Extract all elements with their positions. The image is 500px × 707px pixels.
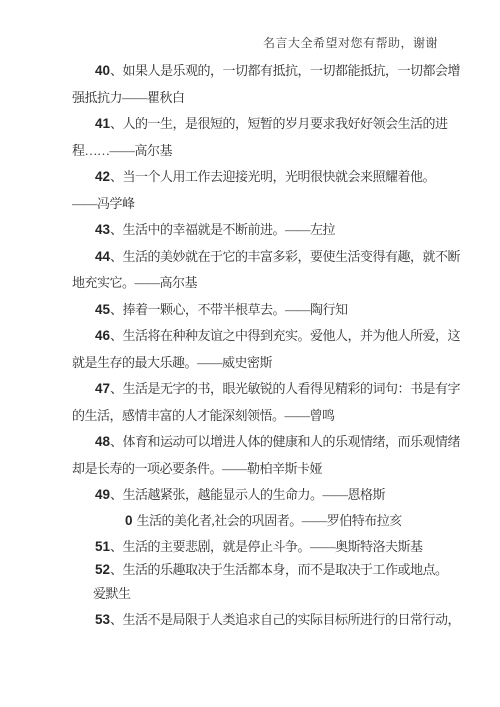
quote-line-44-continuation: 地充实它。——高尔基 xyxy=(72,270,500,297)
quote-line-47-continuation: 的生活，感情丰富的人才能深刻领悟。——曾鸣 xyxy=(72,403,500,430)
quote-line-43: 43、生活中的幸福就是不断前进。——左拉 xyxy=(95,217,500,244)
quote-line-42: 42、当一个人用工作去迎接光明，光明很快就会来照耀着他。 xyxy=(95,164,500,191)
quote-number: 44 xyxy=(95,249,110,264)
quote-line-46-continuation: 就是生存的最大乐趣。——威史密斯 xyxy=(72,350,500,377)
quote-text: 生活的美化者,社会的巩固者。——罗伯特布拉亥 xyxy=(137,513,402,528)
quote-line-44: 44、生活的美妙就在于它的丰富多彩，要使生活变得有趣，就不断 xyxy=(95,244,500,271)
quote-text: 程……——高尔基 xyxy=(72,143,172,158)
quote-text: 、体育和运动可以增进人体的健康和人的乐观情绪，而乐观情绪 xyxy=(110,434,460,449)
quote-text: ——冯学峰 xyxy=(72,196,135,211)
quote-text: 、生活的乐趣取决于生活都本身，而不是取决于工作或地点。 xyxy=(110,562,448,577)
quote-line-48-continuation: 却是长寿的一项必要条件。——勒柏辛斯卡娅 xyxy=(72,456,500,483)
quote-text: 、生活不是局限于人类追求自己的实际目标所进行的日常行动， xyxy=(110,612,460,627)
quote-text: 的生活，感情丰富的人才能深刻领悟。——曾鸣 xyxy=(72,408,335,423)
quote-text: 就是生存的最大乐趣。——威史密斯 xyxy=(72,355,272,370)
quote-number: 46 xyxy=(95,328,110,343)
quote-text: 、人的一生，是很短的，短暂的岁月要求我好好领会生活的进 xyxy=(110,116,448,131)
quote-number: 45 xyxy=(95,302,110,317)
quote-line-51: 51、生活的主要悲剧，就是停止斗争。——奥斯特洛夫斯基 xyxy=(95,534,500,560)
quote-number: 40 xyxy=(95,63,110,78)
quote-text: 、生活的美妙就在于它的丰富多彩，要使生活变得有趣，就不断 xyxy=(110,249,460,264)
quote-line-40: 40、如果人是乐观的，一切都有抵抗，一切都能抵抗，一切都会增 xyxy=(95,58,500,85)
quote-number: 41 xyxy=(95,116,110,131)
quote-number: 42 xyxy=(95,169,110,184)
quote-text: 地充实它。——高尔基 xyxy=(72,275,197,290)
quote-text: 却是长寿的一项必要条件。——勒柏辛斯卡娅 xyxy=(72,461,322,476)
page-header-note: 名言大全希望对您有帮助，谢谢 xyxy=(263,28,500,58)
quote-number: 43 xyxy=(95,222,110,237)
quote-text: 、当一个人用工作去迎接光明，光明很快就会来照耀着他。 xyxy=(110,169,435,184)
quote-text: 、捧着一颗心，不带半根草去。——陶行知 xyxy=(110,302,348,317)
quote-number: 49 xyxy=(95,487,110,502)
quote-line-41-continuation: 程……——高尔基 xyxy=(72,138,500,165)
quote-text: 、生活的主要悲剧，就是停止斗争。——奥斯特洛夫斯基 xyxy=(110,539,423,554)
quote-text: 、生活是无字的书，眼光敏锐的人看得见精彩的词句：书是有字 xyxy=(110,381,460,396)
quote-text: 、如果人是乐观的，一切都有抵抗，一切都能抵抗，一切都会增 xyxy=(110,63,460,78)
quote-text: 、生活将在种种友谊之中得到充实。爱他人，并为他人所爱，这 xyxy=(110,328,460,343)
quote-line-42-continuation: ——冯学峰 xyxy=(72,191,500,218)
quote-line-53: 53、生活不是局限于人类追求自己的实际目标所进行的日常行动， xyxy=(95,607,500,634)
quote-line-50: 0生活的美化者,社会的巩固者。——罗伯特布拉亥 xyxy=(125,508,500,534)
quote-text: 、生活越紧张，越能显示人的生命力。——恩格斯 xyxy=(110,487,385,502)
quote-line-46: 46、生活将在种种友谊之中得到充实。爱他人，并为他人所爱，这 xyxy=(95,323,500,350)
quote-number: 48 xyxy=(95,434,110,449)
quote-line-52-continuation: 爱默生 xyxy=(93,581,500,607)
quote-line-52: 52、生活的乐趣取决于生活都本身，而不是取决于工作或地点。 xyxy=(95,559,500,581)
quote-line-47: 47、生活是无字的书，眼光敏锐的人看得见精彩的词句：书是有字 xyxy=(95,376,500,403)
quote-number: 47 xyxy=(95,381,110,396)
quote-text: 强抵抗力——瞿秋白 xyxy=(72,90,185,105)
quote-number: 53 xyxy=(95,612,110,627)
quote-number: 51 xyxy=(95,539,110,554)
document-page: 名言大全希望对您有帮助，谢谢 40、如果人是乐观的，一切都有抵抗，一切都能抵抗，… xyxy=(0,0,500,707)
quote-line-40-continuation: 强抵抗力——瞿秋白 xyxy=(72,85,500,112)
quote-number: 52 xyxy=(95,562,110,577)
quote-number: 0 xyxy=(125,513,133,528)
quote-line-48: 48、体育和运动可以增进人体的健康和人的乐观情绪，而乐观情绪 xyxy=(95,429,500,456)
quote-text: 爱默生 xyxy=(93,586,131,601)
quote-line-41: 41、人的一生，是很短的，短暂的岁月要求我好好领会生活的进 xyxy=(95,111,500,138)
quote-line-45: 45、捧着一颗心，不带半根草去。——陶行知 xyxy=(95,297,500,324)
quote-text: 、生活中的幸福就是不断前进。——左拉 xyxy=(110,222,335,237)
quote-line-49: 49、生活越紧张，越能显示人的生命力。——恩格斯 xyxy=(95,482,500,508)
